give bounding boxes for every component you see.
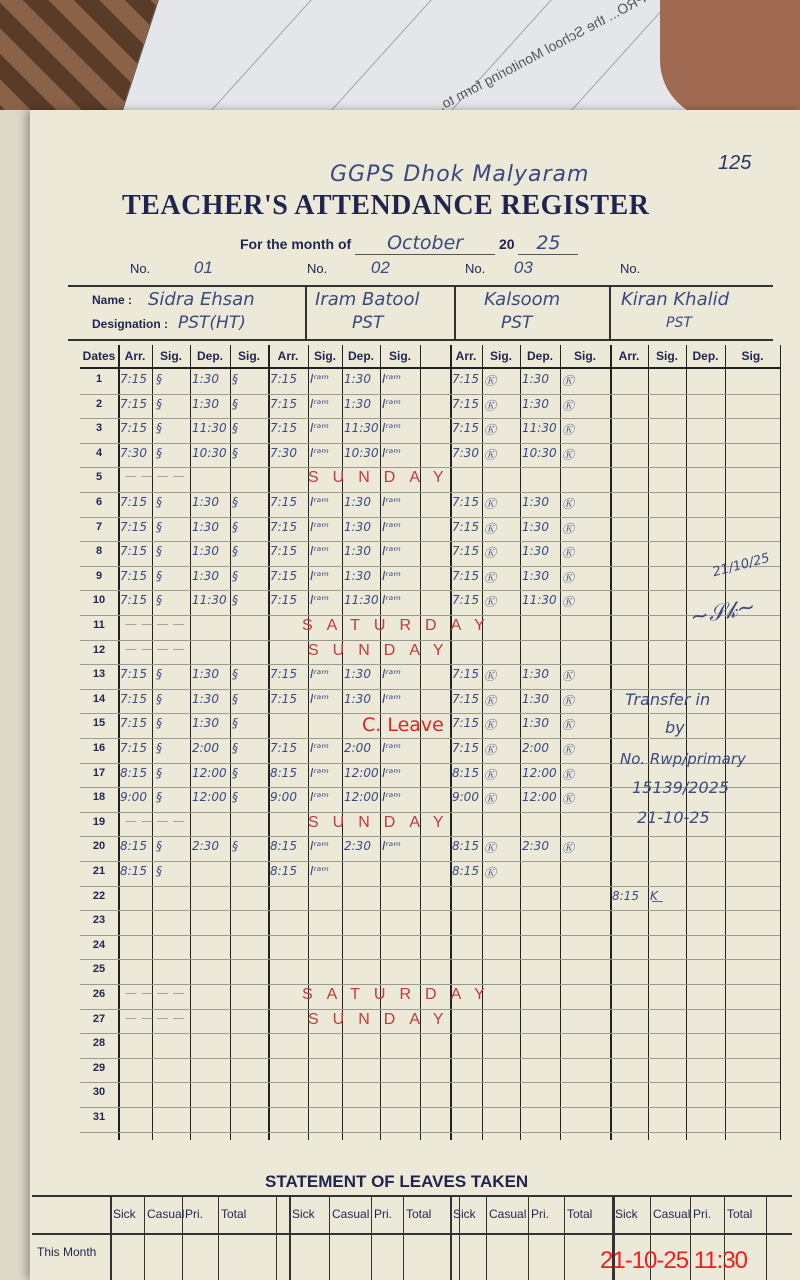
time-entry: 1:30	[344, 397, 371, 411]
signature-mark: Ⓚ	[484, 766, 496, 783]
date-label: 23	[80, 914, 118, 926]
row-line	[80, 394, 780, 395]
school-name: GGPS Dhok Malyaram	[330, 162, 589, 187]
grid-column-line	[230, 345, 231, 1140]
leave-column-header: Casual	[332, 1207, 369, 1221]
date-label: 2	[80, 398, 118, 410]
signature-mark: Ⓚ	[484, 716, 496, 733]
holiday-label: SUNDAY	[308, 814, 458, 832]
signature-mark: Iʳᵃᵐ	[382, 593, 401, 607]
signature-mark: Ⓚ	[562, 421, 574, 438]
row-line	[80, 1082, 780, 1083]
signature-mark: §	[156, 667, 162, 681]
signature-mark: Iʳᵃᵐ	[310, 667, 329, 681]
signature-mark: §	[232, 446, 238, 460]
leave-column-header: Casual	[147, 1207, 184, 1221]
transfer-note-2: by	[665, 718, 685, 737]
name-label: Name :	[92, 293, 132, 307]
time-entry: 1:30	[192, 544, 219, 558]
teacher-designation: PST	[352, 313, 383, 333]
time-entry: 1:30	[522, 495, 549, 509]
column-header: Sig.	[230, 345, 268, 367]
signature-mark: Ⓚ	[562, 667, 574, 684]
date-label: 24	[80, 939, 118, 951]
date-label: 15	[80, 717, 118, 729]
time-entry: 12:00	[192, 790, 227, 804]
column-header: Dep.	[686, 345, 725, 367]
date-label: 27	[80, 1013, 118, 1025]
time-entry: 7:15	[270, 520, 297, 534]
signature-mark: Ⓚ	[484, 446, 496, 463]
signature-mark: §	[232, 766, 238, 780]
signature-mark: §	[232, 790, 238, 804]
date-label: 12	[80, 644, 118, 656]
signature-mark: Iʳᵃᵐ	[310, 864, 329, 878]
signature-mark: Iʳᵃᵐ	[310, 790, 329, 804]
signature-mark: §	[156, 397, 162, 411]
time-entry: 12:00	[344, 790, 379, 804]
casual-leave-mark: C. Leave	[362, 714, 444, 736]
signature-mark: Iʳᵃᵐ	[382, 790, 401, 804]
time-entry: 7:15	[452, 372, 479, 386]
column-header: Arr.	[118, 345, 152, 367]
leave-column-header: Pri.	[374, 1207, 392, 1221]
column-header: Dates	[80, 345, 118, 367]
date-label: 8	[80, 545, 118, 557]
holiday-dashes: — — — —	[125, 814, 184, 828]
time-entry: 8:15	[270, 864, 297, 878]
leave-column-header: Pri.	[693, 1207, 711, 1221]
time-entry: 7:15	[270, 372, 297, 386]
row-line	[80, 959, 780, 960]
this-month-label: This Month	[37, 1245, 96, 1259]
signature-mark: Ⓚ	[484, 593, 496, 610]
transfer-note-5: 21-10-25	[637, 808, 710, 827]
leave-column-header: Pri.	[185, 1207, 203, 1221]
time-entry: 7:30	[120, 446, 147, 460]
signature-mark: §	[156, 766, 162, 780]
time-entry: 1:30	[522, 692, 549, 706]
signature-mark: §	[232, 667, 238, 681]
signature-mark: §	[156, 544, 162, 558]
date-label: 7	[80, 521, 118, 533]
date-label: 31	[80, 1111, 118, 1123]
signature-mark: §	[156, 593, 162, 607]
time-entry: 8:15	[452, 839, 479, 853]
signature-mark: Ⓚ	[484, 667, 496, 684]
time-entry: 7:15	[270, 397, 297, 411]
time-entry: 2:30	[522, 839, 549, 853]
register-title: TEACHER'S ATTENDANCE REGISTER	[122, 190, 649, 222]
signature-mark: Iʳᵃᵐ	[382, 495, 401, 509]
signature-mark: §	[156, 864, 162, 878]
signature-mark: Ⓚ	[562, 839, 574, 856]
transfer-note-4: 15139/2025	[632, 778, 729, 797]
date-label: 28	[80, 1037, 118, 1049]
signature-mark: Ⓚ	[562, 790, 574, 807]
leave-column-header: Pri.	[531, 1207, 549, 1221]
time-entry: 8:15	[612, 889, 639, 903]
teacher-name: Iram Batool	[315, 289, 419, 310]
leave-column-header: Total	[727, 1207, 752, 1221]
time-entry: 11:30	[344, 421, 379, 435]
date-label: 11	[80, 619, 118, 631]
column-header: Arr.	[610, 345, 648, 367]
time-entry: 2:30	[192, 839, 219, 853]
signature-mark: §	[156, 839, 162, 853]
time-entry: 10:30	[192, 446, 227, 460]
date-label: 10	[80, 594, 118, 606]
row-line	[80, 492, 780, 493]
time-entry: 7:15	[452, 421, 479, 435]
column-header: Sig.	[152, 345, 190, 367]
date-label: 5	[80, 471, 118, 483]
time-entry: 1:30	[192, 716, 219, 730]
leave-column-header: Total	[221, 1207, 246, 1221]
signature-mark: Iʳᵃᵐ	[310, 569, 329, 583]
time-entry: 7:15	[270, 569, 297, 583]
leave-column-header: Casual	[489, 1207, 526, 1221]
no-label: No.	[465, 261, 485, 276]
time-entry: 8:15	[452, 864, 479, 878]
time-entry: 1:30	[192, 569, 219, 583]
signature-mark: Iʳᵃᵐ	[382, 667, 401, 681]
row-line	[80, 1107, 780, 1108]
date-label: 13	[80, 668, 118, 680]
teacher-name: Sidra Ehsan	[148, 289, 255, 310]
date-label: 9	[80, 570, 118, 582]
row-line	[80, 640, 780, 641]
signature-mark: Ⓚ	[484, 495, 496, 512]
signature-mark: Ⓚ	[562, 446, 574, 463]
signature-mark: Ⓚ	[562, 544, 574, 561]
signature-mark: Ⓚ	[484, 692, 496, 709]
grid-column-line	[610, 345, 612, 1140]
signature-mark: Ⓚ	[562, 569, 574, 586]
holiday-dashes: — — — —	[125, 642, 184, 656]
teacher-no: 02	[371, 258, 390, 277]
holiday-label: SUNDAY	[308, 469, 458, 487]
time-entry: 7:15	[120, 667, 147, 681]
row-line	[80, 861, 780, 862]
time-entry: 1:30	[522, 667, 549, 681]
year-prefix: 20	[499, 236, 515, 252]
time-entry: 1:30	[522, 716, 549, 730]
teacher-designation: PST	[501, 313, 532, 333]
transfer-note-1: Transfer in	[625, 690, 710, 709]
time-entry: 8:15	[452, 766, 479, 780]
column-header: Dep.	[520, 345, 560, 367]
attendance-grid: DatesArr.Sig.Dep.Sig.Arr.Sig.Dep.Sig.Arr…	[80, 345, 780, 1140]
time-entry: 7:15	[452, 397, 479, 411]
signature-mark: Ⓚ	[562, 495, 574, 512]
teacher-name: Kalsoom	[484, 289, 560, 310]
date-label: 30	[80, 1086, 118, 1098]
signature-mark: Iʳᵃᵐ	[310, 446, 329, 460]
time-entry: 7:15	[452, 741, 479, 755]
leaves-title: STATEMENT OF LEAVES TAKEN	[265, 1172, 528, 1192]
teacher-header: Name : Designation : Sidra Ehsan PST(HT)…	[68, 285, 773, 341]
time-entry: 7:15	[452, 716, 479, 730]
time-entry: 7:15	[452, 544, 479, 558]
signature-mark: Ⓚ	[484, 544, 496, 561]
page-edge	[0, 110, 34, 1280]
time-entry: 10:30	[344, 446, 379, 460]
signature-mark: Iʳᵃᵐ	[382, 446, 401, 460]
leave-column-header: Total	[406, 1207, 431, 1221]
grid-column-line	[560, 345, 561, 1140]
no-label: No.	[620, 261, 640, 276]
time-entry: 7:15	[452, 692, 479, 706]
signature-mark: §	[232, 593, 238, 607]
teacher-2: Iram Batool PST	[305, 287, 455, 339]
time-entry: 2:30	[344, 839, 371, 853]
teacher-4: Kiran Khalid PST	[609, 287, 773, 339]
row-line	[80, 590, 780, 591]
row-line	[80, 541, 780, 542]
signature-mark: §	[232, 692, 238, 706]
time-entry: 11:30	[522, 421, 557, 435]
time-entry: 7:30	[270, 446, 297, 460]
signature-mark: §	[156, 790, 162, 804]
row-line	[80, 1009, 780, 1010]
date-label: 4	[80, 447, 118, 459]
signature-mark: §	[156, 495, 162, 509]
time-entry: 8:15	[120, 839, 147, 853]
signature-mark: §	[232, 372, 238, 386]
date-label: 26	[80, 988, 118, 1000]
column-header: Dep.	[190, 345, 230, 367]
leave-column-header: Sick	[615, 1207, 638, 1221]
signature-mark: Iʳᵃᵐ	[382, 372, 401, 386]
signature-mark: Iʳᵃᵐ	[382, 544, 401, 558]
date-label: 21	[80, 865, 118, 877]
signature-mark: §	[232, 544, 238, 558]
row-line	[80, 517, 780, 518]
signature-mark: §	[232, 839, 238, 853]
signature-mark: §	[232, 741, 238, 755]
signature-mark: Ⓚ	[484, 397, 496, 414]
date-label: 6	[80, 496, 118, 508]
teacher-no: 03	[514, 258, 533, 277]
signature-mark: Ⓚ	[562, 372, 574, 389]
column-header: Sig.	[308, 345, 342, 367]
teacher-designation: PST(HT)	[178, 313, 246, 333]
signature-mark: Ⓚ	[562, 766, 574, 783]
time-entry: 7:15	[452, 593, 479, 607]
time-entry: 8:15	[120, 766, 147, 780]
signature-mark: §	[232, 495, 238, 509]
time-entry: 7:15	[120, 741, 147, 755]
signature-mark: Ⓚ	[484, 520, 496, 537]
grid-column-line	[780, 345, 781, 1140]
time-entry: 7:15	[270, 495, 297, 509]
date-label: 3	[80, 422, 118, 434]
time-entry: 7:15	[270, 421, 297, 435]
time-entry: 1:30	[344, 495, 371, 509]
date-label: 16	[80, 742, 118, 754]
no-label: No.	[307, 261, 327, 276]
holiday-dashes: — — — —	[125, 1011, 184, 1025]
time-entry: 11:30	[344, 593, 379, 607]
hand	[660, 0, 800, 120]
time-entry: 1:30	[192, 520, 219, 534]
row-line	[80, 1058, 780, 1059]
designation-label: Designation :	[92, 317, 168, 331]
signature-mark: §	[156, 421, 162, 435]
time-entry: 7:15	[120, 569, 147, 583]
grid-column-line	[190, 345, 191, 1140]
signature-mark: Ⓚ	[562, 520, 574, 537]
signature-mark: Iʳᵃᵐ	[310, 741, 329, 755]
signature-mark: §	[232, 520, 238, 534]
month-label: For the month of	[240, 236, 351, 252]
signature-mark: Ⓚ	[484, 741, 496, 758]
time-entry: 7:15	[270, 741, 297, 755]
time-entry: 2:00	[192, 741, 219, 755]
column-header: Sig.	[725, 345, 780, 367]
signature-mark: §	[232, 569, 238, 583]
time-entry: 9:00	[452, 790, 479, 804]
signature-mark: Iʳᵃᵐ	[310, 544, 329, 558]
signature-mark: §	[232, 421, 238, 435]
date-label: 29	[80, 1062, 118, 1074]
signature-mark: Iʳᵃᵐ	[382, 421, 401, 435]
time-entry: 8:15	[270, 766, 297, 780]
time-entry: 10:30	[522, 446, 557, 460]
grid-column-line	[686, 345, 687, 1140]
time-entry: 7:15	[120, 716, 147, 730]
no-label: No.	[130, 261, 150, 276]
time-entry: 2:00	[522, 741, 549, 755]
leave-column-header: Total	[567, 1207, 592, 1221]
row-line	[80, 443, 780, 444]
leave-column-header: Sick	[292, 1207, 315, 1221]
signature-mark: Iʳᵃᵐ	[382, 520, 401, 534]
signature-mark: K͟	[650, 889, 658, 903]
time-entry: 7:15	[270, 692, 297, 706]
time-entry: 7:15	[452, 495, 479, 509]
signature-mark: §	[232, 716, 238, 730]
row-line	[80, 984, 780, 985]
column-header: Sig.	[560, 345, 610, 367]
time-entry: 7:15	[120, 372, 147, 386]
grid-column-line	[520, 345, 521, 1140]
signature-mark: Ⓚ	[484, 839, 496, 856]
transfer-note-3: No. Rwp/primary	[620, 750, 746, 768]
time-entry: 1:30	[192, 397, 219, 411]
row-line	[80, 467, 780, 468]
date-label: 17	[80, 767, 118, 779]
teacher-name: Kiran Khalid	[621, 289, 729, 310]
teacher-designation: PST	[666, 315, 692, 331]
leave-column-header: Sick	[113, 1207, 136, 1221]
year-value: 25	[518, 232, 578, 255]
time-entry: 7:15	[120, 421, 147, 435]
time-entry: 11:30	[192, 421, 227, 435]
holiday-label: SUNDAY	[308, 642, 458, 660]
signature-mark: §	[156, 520, 162, 534]
row-line	[80, 738, 780, 739]
time-entry: 7:15	[270, 544, 297, 558]
time-entry: 7:15	[120, 520, 147, 534]
time-entry: 1:30	[522, 569, 549, 583]
grid-column-line	[648, 345, 649, 1140]
column-header: Sig.	[648, 345, 686, 367]
signature-mark: Iʳᵃᵐ	[382, 397, 401, 411]
signature-mark: Iʳᵃᵐ	[310, 421, 329, 435]
time-entry: 9:00	[270, 790, 297, 804]
holiday-dashes: — — — —	[125, 986, 184, 1000]
date-label: 19	[80, 816, 118, 828]
time-entry: 12:00	[192, 766, 227, 780]
month-row: For the month of October 20 25	[240, 232, 578, 255]
month-value: October	[355, 232, 495, 255]
date-label: 25	[80, 963, 118, 975]
date-label: 14	[80, 693, 118, 705]
signature-mark: Iʳᵃᵐ	[382, 569, 401, 583]
signature-mark: §	[156, 569, 162, 583]
time-entry: 1:30	[344, 520, 371, 534]
time-entry: 1:30	[344, 667, 371, 681]
grid-column-line	[725, 345, 726, 1140]
time-entry: 7:15	[270, 667, 297, 681]
time-entry: 1:30	[344, 372, 371, 386]
signature-mark: Iʳᵃᵐ	[382, 839, 401, 853]
signature-mark: §	[156, 446, 162, 460]
time-entry: 1:30	[192, 667, 219, 681]
time-entry: 12:00	[522, 790, 557, 804]
signature-mark: Ⓚ	[562, 716, 574, 733]
signature-mark: Iʳᵃᵐ	[382, 766, 401, 780]
row-line	[80, 935, 780, 936]
time-entry: 7:15	[452, 667, 479, 681]
time-entry: 7:15	[270, 593, 297, 607]
date-label: 20	[80, 840, 118, 852]
date-label: 22	[80, 890, 118, 902]
time-entry: 12:00	[344, 766, 379, 780]
holiday-label: SATURDAY	[302, 617, 499, 635]
holiday-dashes: — — — —	[125, 617, 184, 631]
leave-column-header: Casual	[653, 1207, 690, 1221]
column-header: Sig.	[482, 345, 520, 367]
time-entry: 1:30	[192, 495, 219, 509]
time-entry: 7:15	[120, 397, 147, 411]
column-header: Dep.	[342, 345, 380, 367]
signature-mark: Iʳᵃᵐ	[310, 593, 329, 607]
leave-column-header: Sick	[453, 1207, 476, 1221]
time-entry: 7:15	[452, 520, 479, 534]
signature-mark: Ⓚ	[484, 569, 496, 586]
time-entry: 1:30	[192, 372, 219, 386]
time-entry: 7:15	[452, 569, 479, 583]
time-entry: 1:30	[522, 397, 549, 411]
time-entry: 1:30	[522, 544, 549, 558]
time-entry: 1:30	[522, 372, 549, 386]
signature-mark: §	[156, 716, 162, 730]
signature-mark: Iʳᵃᵐ	[310, 520, 329, 534]
signature-mark: Ⓚ	[484, 864, 496, 881]
column-header: Sig.	[380, 345, 420, 367]
signature-mark: §	[156, 692, 162, 706]
time-entry: 8:15	[120, 864, 147, 878]
signature-mark: §	[232, 397, 238, 411]
time-entry: 7:15	[120, 593, 147, 607]
time-entry: 7:15	[120, 544, 147, 558]
time-entry: 11:30	[522, 593, 557, 607]
time-entry: 11:30	[192, 593, 227, 607]
teacher-3: Kalsoom PST	[454, 287, 609, 339]
